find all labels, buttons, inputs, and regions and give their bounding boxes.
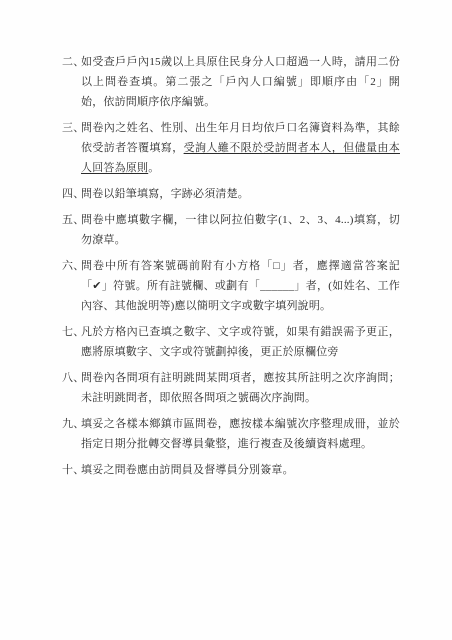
item-number: 二、 xyxy=(62,52,81,112)
item-text-block: 問卷內之姓名、性別、出生年月日均依戶口名簿資料為準，其餘依受訪者答覆填寫，受詢人… xyxy=(81,118,400,178)
item-number: 十、 xyxy=(62,460,81,480)
item-number: 六、 xyxy=(62,256,81,316)
instruction-item-9: 九、 填妥之各樣本鄉鎮市區問卷，應按樣本編號次序整理成冊，並於指定日期分批轉交督… xyxy=(62,414,400,454)
item-text-block: 問卷中所有答案號碼前附有小方格「□」者，應擇適當答案記「✔」符號。所有註號欄、或… xyxy=(81,256,400,316)
item-text-block: 填妥之各樣本鄉鎮市區問卷，應按樣本編號次序整理成冊，並於指定日期分批轉交督導員彙… xyxy=(81,414,400,454)
item-number: 七、 xyxy=(62,322,81,362)
instruction-item-7: 七、 凡於方格內已查填之數字、文字或符號，如果有錯誤需予更正，應將原填數字、文字… xyxy=(62,322,400,362)
item-text-block: 問卷中應填數字欄，一律以阿拉伯數字(1、2、3、4...)填寫，切勿潦草。 xyxy=(81,210,400,250)
item-text: 如受查戶戶內15歲以上具原住民身分人口超過一人時，請用二份以上問卷查填。第二張之… xyxy=(81,56,400,108)
item-text-post: 。 xyxy=(148,162,159,174)
instruction-item-8: 八、 問卷內各問項有註明跳問某問項者，應按其所註明之次序詢問；未註明跳問者，即依… xyxy=(62,368,400,408)
document-page: 二、 如受查戶戶內15歲以上具原住民身分人口超過一人時，請用二份以上問卷查填。第… xyxy=(0,0,452,640)
instruction-list: 二、 如受查戶戶內15歲以上具原住民身分人口超過一人時，請用二份以上問卷查填。第… xyxy=(62,52,400,486)
item-text: 問卷內各問項有註明跳問某問項者，應按其所註明之次序詢問；未註明跳問者，即依照各問… xyxy=(81,372,400,404)
item-text: 填妥之各樣本鄉鎮市區問卷，應按樣本編號次序整理成冊，並於指定日期分批轉交督導員彙… xyxy=(81,418,400,450)
item-text: 問卷中應填數字欄，一律以阿拉伯數字(1、2、3、4...)填寫，切勿潦草。 xyxy=(81,214,400,246)
instruction-item-6: 六、 問卷中所有答案號碼前附有小方格「□」者，應擇適當答案記「✔」符號。所有註號… xyxy=(62,256,400,316)
item-text-block: 問卷以鉛筆填寫，字跡必須清楚。 xyxy=(81,184,400,204)
item-text: 問卷以鉛筆填寫，字跡必須清楚。 xyxy=(81,188,249,200)
item-text: 問卷中所有答案號碼前附有小方格「□」者，應擇適當答案記「✔」符號。所有註號欄、或… xyxy=(81,260,400,312)
instruction-item-5: 五、 問卷中應填數字欄，一律以阿拉伯數字(1、2、3、4...)填寫，切勿潦草。 xyxy=(62,210,400,250)
instruction-item-2: 二、 如受查戶戶內15歲以上具原住民身分人口超過一人時，請用二份以上問卷查填。第… xyxy=(62,52,400,112)
item-number: 九、 xyxy=(62,414,81,454)
item-text-block: 如受查戶戶內15歲以上具原住民身分人口超過一人時，請用二份以上問卷查填。第二張之… xyxy=(81,52,400,112)
item-number: 八、 xyxy=(62,368,81,408)
item-text-block: 凡於方格內已查填之數字、文字或符號，如果有錯誤需予更正，應將原填數字、文字或符號… xyxy=(81,322,400,362)
item-text-block: 填妥之問卷應由訪問員及督導員分別簽章。 xyxy=(81,460,400,480)
instruction-item-3: 三、 問卷內之姓名、性別、出生年月日均依戶口名簿資料為準，其餘依受訪者答覆填寫，… xyxy=(62,118,400,178)
item-number: 五、 xyxy=(62,210,81,250)
item-text-block: 問卷內各問項有註明跳問某問項者，應按其所註明之次序詢問；未註明跳問者，即依照各問… xyxy=(81,368,400,408)
instruction-item-10: 十、 填妥之問卷應由訪問員及督導員分別簽章。 xyxy=(62,460,400,480)
instruction-item-4: 四、 問卷以鉛筆填寫，字跡必須清楚。 xyxy=(62,184,400,204)
item-number: 四、 xyxy=(62,184,81,204)
item-text: 凡於方格內已查填之數字、文字或符號，如果有錯誤需予更正，應將原填數字、文字或符號… xyxy=(81,326,400,358)
item-text: 填妥之問卷應由訪問員及督導員分別簽章。 xyxy=(81,464,294,476)
item-number: 三、 xyxy=(62,118,81,178)
